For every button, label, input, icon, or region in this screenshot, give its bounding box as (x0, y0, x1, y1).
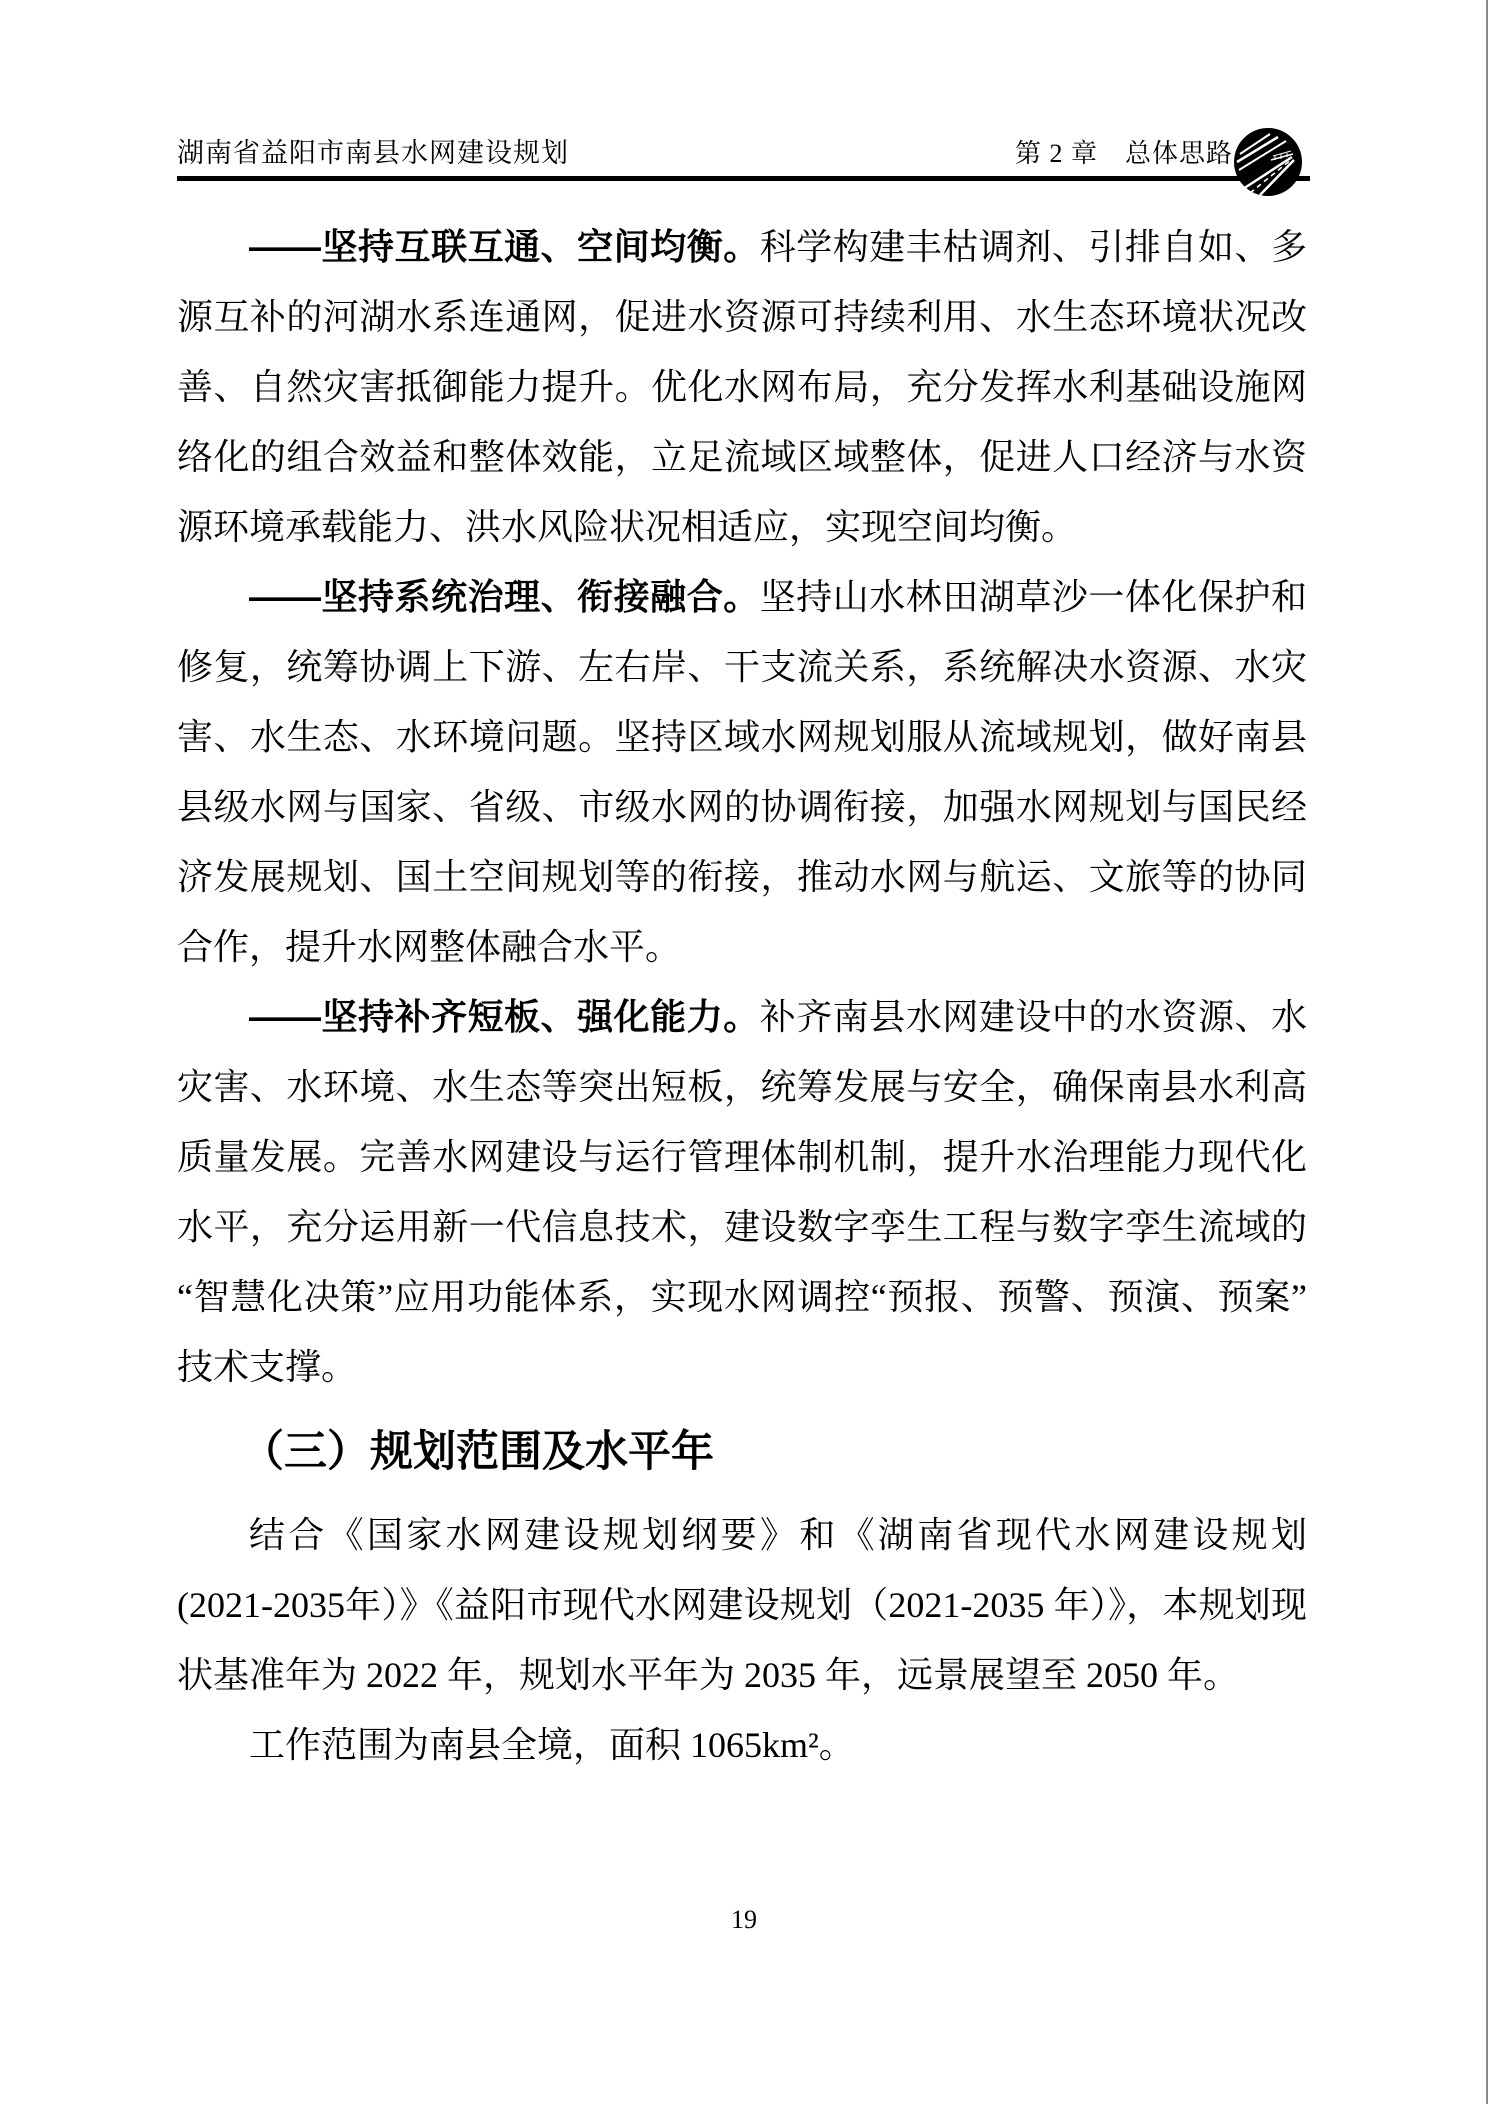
document-page: 湖南省益阳市南县水网建设规划 第 2 章 总体思路 (0, 0, 1488, 2104)
road-logo-icon (1233, 127, 1303, 197)
body-paragraph: 工作范围为南县全境，面积 1065km²。 (177, 1710, 1307, 1780)
principle-text: 坚持山水林田湖草沙一体化保护和修复，统筹协调上下游、左右岸、干支流关系，系统解决… (177, 577, 1307, 967)
principle-text: 科学构建丰枯调剂、引排自如、多源互补的河湖水系连通网，促进水资源可持续利用、水生… (177, 227, 1307, 547)
principle-text: 补齐南县水网建设中的水资源、水灾害、水环境、水生态等突出短板，统筹发展与安全，确… (177, 997, 1307, 1387)
principle-lead: ——坚持系统治理、衔接融合。 (249, 576, 760, 617)
principle-paragraph: ——坚持系统治理、衔接融合。坚持山水林田湖草沙一体化保护和修复，统筹协调上下游、… (177, 562, 1307, 982)
principle-paragraph: ——坚持补齐短板、强化能力。补齐南县水网建设中的水资源、水灾害、水环境、水生态等… (177, 982, 1307, 1402)
header-document-title: 湖南省益阳市南县水网建设规划 (177, 136, 569, 170)
page-number: 19 (0, 1905, 1488, 1935)
principle-paragraph: ——坚持互联互通、空间均衡。科学构建丰枯调剂、引排自如、多源互补的河湖水系连通网… (177, 212, 1307, 562)
header-chapter-label: 第 2 章 总体思路 (1015, 138, 1233, 170)
body-paragraph: 结合《国家水网建设规划纲要》和《湖南省现代水网建设规划(2021-2035年）》… (177, 1500, 1307, 1710)
section-heading: （三）规划范围及水平年 (177, 1410, 1307, 1494)
principle-lead: ——坚持补齐短板、强化能力。 (249, 996, 760, 1037)
document-body: ——坚持互联互通、空间均衡。科学构建丰枯调剂、引排自如、多源互补的河湖水系连通网… (177, 212, 1307, 1780)
principle-lead: ——坚持互联互通、空间均衡。 (249, 226, 760, 267)
header-rule (177, 176, 1310, 181)
